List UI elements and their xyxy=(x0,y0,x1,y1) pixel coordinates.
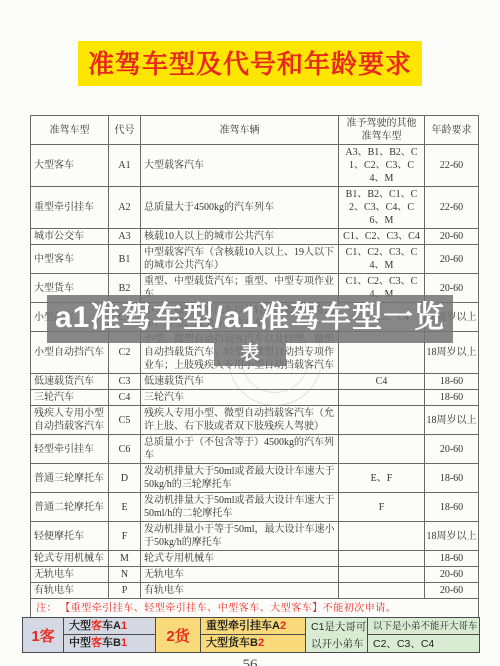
header-age: 年龄要求 xyxy=(425,116,479,145)
legend-item-a2: 重型牵引挂车A2 xyxy=(201,618,305,635)
age-cell: 22-60 xyxy=(425,145,479,187)
vehicle-type-cell: 无轨电车 xyxy=(31,567,109,583)
other-types-cell xyxy=(339,435,425,464)
legend-cargo-items: 重型牵引挂车A2 大型货车B2 xyxy=(201,618,306,652)
legend-item-b2-pre: 大型货车B xyxy=(206,637,258,649)
legend-item-b1: 中型客车B1 xyxy=(64,635,155,652)
table-row: 轻型牵引挂车 C6 总质量小于（不包含等于）4500kg的汽车列车 20-60 xyxy=(31,435,479,464)
other-types-cell: C1、C2、C3、C4、M xyxy=(339,245,425,274)
vehicle-type-cell: 城市公交车 xyxy=(31,229,109,245)
vehicle-type-cell: 普通三轮摩托车 xyxy=(31,464,109,493)
vehicles-cell: 发动机排量大于50ml或者最大设计车速大于50ml/h的二轮摩托车 xyxy=(141,493,339,522)
age-cell: 18-60 xyxy=(425,390,479,406)
document-page: 准驾车型及代号和年龄要求 准驾车型 代号 准驾车辆 准予驾驶的其他准驾车型 年龄… xyxy=(0,0,500,666)
other-types-cell: E、F xyxy=(339,464,425,493)
code-cell: C6 xyxy=(109,435,141,464)
vehicles-cell: 核载10人以上的城市公共汽车 xyxy=(141,229,339,245)
code-cell: B1 xyxy=(109,245,141,274)
legend-item-b2-num: 2 xyxy=(258,637,264,649)
code-cell: N xyxy=(109,567,141,583)
code-cell: D xyxy=(109,464,141,493)
first-application-note: 注： 【重型牵引挂车、轻型牵引挂车、中型客车、大型客车】不能初次申请。 xyxy=(31,599,479,619)
legend-tip-c1-line1: C1是大哥可 xyxy=(306,618,367,635)
vehicles-cell: 总质量小于（不包含等于）4500kg的汽车列车 xyxy=(141,435,339,464)
legend-item-b1-pre: 中型 xyxy=(69,637,91,649)
vehicle-type-cell: 普通二轮摩托车 xyxy=(31,493,109,522)
other-types-cell xyxy=(339,551,425,567)
code-cell: E xyxy=(109,493,141,522)
age-cell: 18-60 xyxy=(425,493,479,522)
caption-overlay-line2: 表 xyxy=(214,343,285,366)
legend-tip-small-line1: 以下是小弟不能开大哥车 xyxy=(368,618,479,635)
header-vehicle-type: 准驾车型 xyxy=(31,116,109,145)
age-cell: 20-60 xyxy=(425,229,479,245)
other-types-cell xyxy=(339,390,425,406)
table-row: 普通二轮摩托车 E 发动机排量大于50ml或者最大设计车速大于50ml/h的二轮… xyxy=(31,493,479,522)
table-row: 大型客车 A1 大型载客汽车 A3、B1、B2、C1、C2、C3、C4、M 22… xyxy=(31,145,479,187)
table-row: 有轨电车 P 有轨电车 20-60 xyxy=(31,583,479,599)
vehicles-cell: 发动机排量小于等于50ml，最大设计车速小于50kg/h的摩托车 xyxy=(141,522,339,551)
legend-item-a2-pre: 重型牵引挂车A xyxy=(206,620,280,632)
legend-item-a2-num: 2 xyxy=(280,620,286,632)
code-cell: C3 xyxy=(109,374,141,390)
code-cell: P xyxy=(109,583,141,599)
header-other-types: 准予驾驶的其他准驾车型 xyxy=(339,116,425,145)
vehicles-cell: 有轨电车 xyxy=(141,583,339,599)
legend-tip-small: 以下是小弟不能开大哥车 C2、C3、C4 xyxy=(368,618,479,652)
other-types-cell: C1、C2、C3、C4 xyxy=(339,229,425,245)
vehicle-type-cell: 重型牵引挂车 xyxy=(31,187,109,229)
code-cell: A2 xyxy=(109,187,141,229)
legend-passenger-items: 大型客车A1 中型客车B1 xyxy=(64,618,156,652)
header-vehicles: 准驾车辆 xyxy=(141,116,339,145)
vehicle-type-cell: 残疾人专用小型自动挡载客汽车 xyxy=(31,406,109,435)
table-row: 残疾人专用小型自动挡载客汽车 C5 残疾人专用小型、微型自动挡载客汽车（允许上肢… xyxy=(31,406,479,435)
table-row: 城市公交车 A3 核载10人以上的城市公共汽车 C1、C2、C3、C4 20-6… xyxy=(31,229,479,245)
code-cell: C5 xyxy=(109,406,141,435)
legend-item-a1-pre: 大型 xyxy=(69,620,91,632)
vehicles-cell: 发动机排量大于50ml或者最大设计车速大于50kg/h的三轮摩托车 xyxy=(141,464,339,493)
other-types-cell xyxy=(339,522,425,551)
vehicles-cell: 三轮汽车 xyxy=(141,390,339,406)
vehicle-type-cell: 三轮汽车 xyxy=(31,390,109,406)
age-cell: 18-60 xyxy=(425,374,479,390)
caption-overlay-line1: a1准驾车型/a1准驾车型一览 xyxy=(47,295,453,343)
table-row: 轻便摩托车 F 发动机排量小于等于50ml，最大设计车速小于50kg/h的摩托车… xyxy=(31,522,479,551)
code-cell: C4 xyxy=(109,390,141,406)
legend-tip-c1: C1是大哥可 以开小弟车 xyxy=(306,618,368,652)
table-row: 普通三轮摩托车 D 发动机排量大于50ml或者最大设计车速大于50kg/h的三轮… xyxy=(31,464,479,493)
legend-item-b2: 大型货车B2 xyxy=(201,635,305,652)
vehicle-type-cell: 轻型牵引挂车 xyxy=(31,435,109,464)
legend-strip: 1客 大型客车A1 中型客车B1 2货 重型牵引挂车A2 大型货车B2 C1是大… xyxy=(22,617,480,653)
age-cell: 20-60 xyxy=(425,567,479,583)
table-row: 轮式专用机械车 M 轮式专用机械车 18-60 xyxy=(31,551,479,567)
age-cell: 18周岁以上 xyxy=(425,522,479,551)
vehicles-cell: 总质量大于4500kg的汽车列车 xyxy=(141,187,339,229)
page-title: 准驾车型及代号和年龄要求 xyxy=(78,41,422,86)
vehicles-cell: 轮式专用机械车 xyxy=(141,551,339,567)
age-cell: 20-60 xyxy=(425,245,479,274)
code-cell: A3 xyxy=(109,229,141,245)
other-types-cell: C4 xyxy=(339,374,425,390)
age-cell: 18周岁以上 xyxy=(425,406,479,435)
age-cell: 18-60 xyxy=(425,464,479,493)
legend-passenger-badge: 1客 xyxy=(23,618,64,652)
other-types-cell xyxy=(339,406,425,435)
table-row: 中型客车 B1 中型载客汽车（含核载10人以上、19人以下的城市公共汽车） C1… xyxy=(31,245,479,274)
caption-overlay-row1: a1准驾车型/a1准驾车型一览 xyxy=(0,295,500,343)
other-types-cell xyxy=(339,583,425,599)
vehicle-type-cell: 低速载货汽车 xyxy=(31,374,109,390)
vehicle-type-cell: 轮式专用机械车 xyxy=(31,551,109,567)
legend-cargo-badge: 2货 xyxy=(156,618,201,652)
other-types-cell: A3、B1、B2、C1、C2、C3、C4、M xyxy=(339,145,425,187)
age-cell: 18-60 xyxy=(425,551,479,567)
legend-tip-small-line2: C2、C3、C4 xyxy=(368,635,479,652)
caption-overlay-row2: 表 xyxy=(0,343,500,366)
note-row: 注： 【重型牵引挂车、轻型牵引挂车、中型客车、大型客车】不能初次申请。 xyxy=(31,599,479,619)
header-code: 代号 xyxy=(109,116,141,145)
table-header-row: 准驾车型 代号 准驾车辆 准予驾驶的其他准驾车型 年龄要求 xyxy=(31,116,479,145)
vehicle-type-cell: 轻便摩托车 xyxy=(31,522,109,551)
page-number: 56 xyxy=(0,657,500,666)
other-types-cell: F xyxy=(339,493,425,522)
vehicles-cell: 无轨电车 xyxy=(141,567,339,583)
vehicle-type-cell: 大型客车 xyxy=(31,145,109,187)
legend-item-a1-highlight: 客 xyxy=(91,620,102,632)
vehicles-cell: 大型载客汽车 xyxy=(141,145,339,187)
vehicles-cell: 残疾人专用小型、微型自动挡载客汽车（允许上肢、右下肢或者双下肢残疾人驾驶） xyxy=(141,406,339,435)
other-types-cell xyxy=(339,567,425,583)
legend-item-b1-num: 1 xyxy=(121,637,127,649)
age-cell: 20-60 xyxy=(425,435,479,464)
caption-overlay: a1准驾车型/a1准驾车型一览 表 xyxy=(0,295,500,366)
legend-item-a1: 大型客车A1 xyxy=(64,618,155,635)
code-cell: M xyxy=(109,551,141,567)
legend-item-a1-num: 1 xyxy=(121,620,127,632)
legend-item-b1-highlight: 客 xyxy=(91,637,102,649)
vehicles-cell: 中型载客汽车（含核载10人以上、19人以下的城市公共汽车） xyxy=(141,245,339,274)
legend-tip-c1-line2: 以开小弟车 xyxy=(306,635,367,652)
legend-item-a1-mid: 车A xyxy=(102,620,121,632)
other-types-cell: B1、B2、C1、C2、C3、C4、C6、M xyxy=(339,187,425,229)
vehicle-type-cell: 有轨电车 xyxy=(31,583,109,599)
code-cell: A1 xyxy=(109,145,141,187)
legend-item-b1-mid: 车B xyxy=(102,637,121,649)
code-cell: F xyxy=(109,522,141,551)
age-cell: 20-60 xyxy=(425,583,479,599)
age-cell: 22-60 xyxy=(425,187,479,229)
table-row: 重型牵引挂车 A2 总质量大于4500kg的汽车列车 B1、B2、C1、C2、C… xyxy=(31,187,479,229)
table-row: 无轨电车 N 无轨电车 20-60 xyxy=(31,567,479,583)
vehicle-type-cell: 中型客车 xyxy=(31,245,109,274)
